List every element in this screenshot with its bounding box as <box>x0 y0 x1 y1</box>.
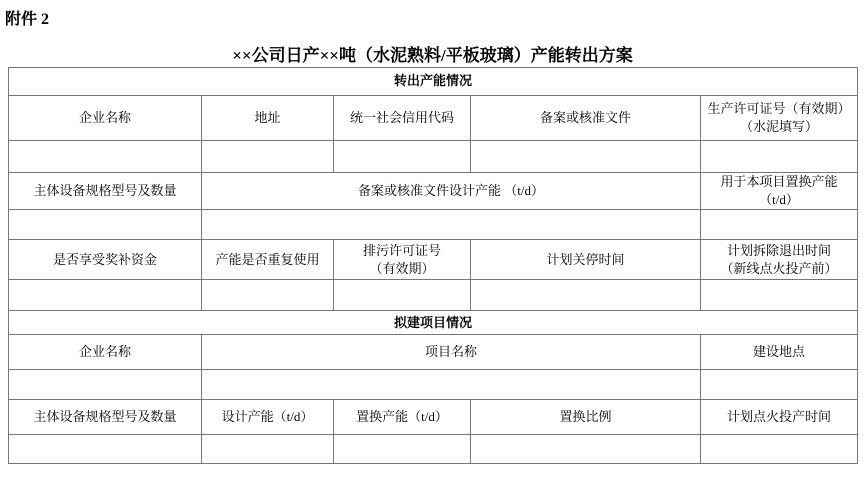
header-planned-ignition-time: 计划点火投产时间 <box>701 400 858 435</box>
header-construction-site: 建设地点 <box>701 335 858 370</box>
blank-cell <box>471 141 701 173</box>
out-blank-row-1 <box>9 141 858 173</box>
blank-cell <box>471 280 701 311</box>
blank-cell <box>9 370 202 400</box>
blank-cell <box>701 370 858 400</box>
out-header-row-2: 主体设备规格型号及数量 备案或核准文件设计产能 （t/d） 用于本项目置换产能（… <box>9 173 858 210</box>
blank-cell <box>9 210 202 240</box>
blank-cell <box>701 280 858 311</box>
blank-cell <box>9 435 202 464</box>
header-production-license: 生产许可证号（有效期） （水泥填写） <box>701 96 858 141</box>
header-planned-dismantle-time: 计划拆除退出时间 （新线点火投产前） <box>701 240 858 280</box>
header-filing-design-capacity: 备案或核准文件设计产能 （t/d） <box>202 173 701 210</box>
new-blank-row-1 <box>9 370 858 400</box>
header-design-capacity: 设计产能（t/d） <box>202 400 334 435</box>
header-equipment-spec: 主体设备规格型号及数量 <box>9 400 202 435</box>
new-header-row-1: 企业名称 项目名称 建设地点 <box>9 335 858 370</box>
header-enterprise-name: 企业名称 <box>9 96 202 141</box>
capacity-transfer-form-table: 转出产能情况 企业名称 地址 统一社会信用代码 备案或核准文件 生产许可证号（有… <box>8 67 858 464</box>
header-project-name: 项目名称 <box>202 335 701 370</box>
section-out-title: 转出产能情况 <box>9 68 858 96</box>
blank-cell <box>334 435 471 464</box>
blank-cell <box>701 435 858 464</box>
header-capacity-for-project: 用于本项目置换产能（t/d） <box>701 173 858 210</box>
header-replacement-ratio: 置换比例 <box>471 400 701 435</box>
blank-cell <box>202 370 701 400</box>
header-pollution-permit: 排污许可证号 （有效期） <box>334 240 471 280</box>
header-enterprise-name: 企业名称 <box>9 335 202 370</box>
header-subsidy-funds: 是否享受奖补资金 <box>9 240 202 280</box>
blank-cell <box>202 141 334 173</box>
section-out-header-row: 转出产能情况 <box>9 68 858 96</box>
blank-cell <box>471 435 701 464</box>
blank-cell <box>9 280 202 311</box>
new-header-row-2: 主体设备规格型号及数量 设计产能（t/d） 置换产能（t/d） 置换比例 计划点… <box>9 400 858 435</box>
blank-cell <box>701 141 858 173</box>
out-blank-row-2 <box>9 210 858 240</box>
header-address: 地址 <box>202 96 334 141</box>
blank-cell <box>9 141 202 173</box>
document-title: ××公司日产××吨（水泥熟料/平板玻璃）产能转出方案 <box>0 41 865 66</box>
out-blank-row-3 <box>9 280 858 311</box>
header-filing-document: 备案或核准文件 <box>471 96 701 141</box>
header-credit-code: 统一社会信用代码 <box>334 96 471 141</box>
new-blank-row-2 <box>9 435 858 464</box>
out-header-row-3: 是否享受奖补资金 产能是否重复使用 排污许可证号 （有效期） 计划关停时间 计划… <box>9 240 858 280</box>
out-header-row-1: 企业名称 地址 统一社会信用代码 备案或核准文件 生产许可证号（有效期） （水泥… <box>9 96 858 141</box>
attachment-label: 附件 2 <box>5 6 49 29</box>
blank-cell <box>202 280 334 311</box>
header-equipment-spec: 主体设备规格型号及数量 <box>9 173 202 210</box>
blank-cell <box>334 280 471 311</box>
blank-cell <box>701 210 858 240</box>
header-capacity-reused: 产能是否重复使用 <box>202 240 334 280</box>
section-new-header-row: 拟建项目情况 <box>9 311 858 335</box>
blank-cell <box>202 210 701 240</box>
header-replacement-capacity: 置换产能（t/d） <box>334 400 471 435</box>
section-new-title: 拟建项目情况 <box>9 311 858 335</box>
header-planned-shutdown-time: 计划关停时间 <box>471 240 701 280</box>
blank-cell <box>202 435 334 464</box>
blank-cell <box>334 141 471 173</box>
